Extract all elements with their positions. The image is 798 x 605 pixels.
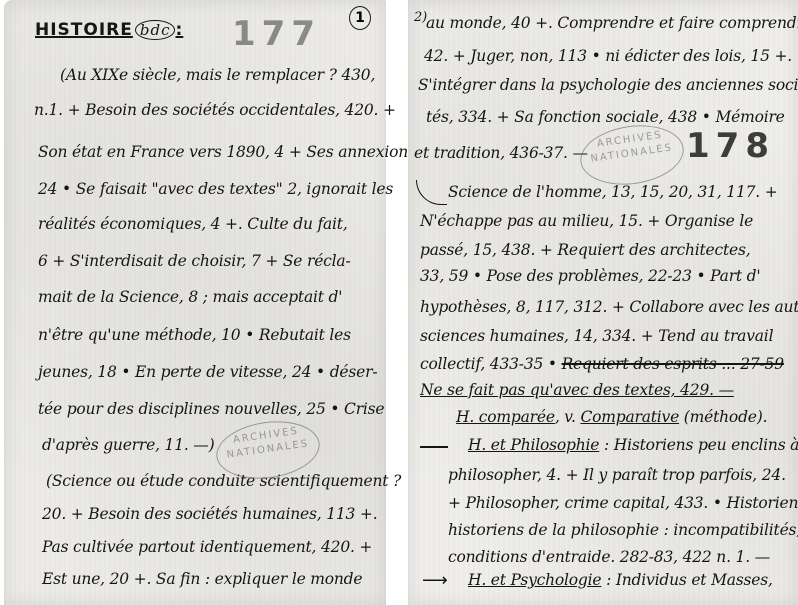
text-span: , v. [555, 408, 581, 426]
heading-text: HISTOIRE [35, 20, 133, 40]
text-line: et tradition, 436-37. — [414, 144, 588, 162]
text-line: H. comparée, v. Comparative (méthode). [456, 408, 767, 426]
text-line: jeunes, 18 • En perte de vitesse, 24 • d… [38, 363, 377, 381]
struck-text: Requiert des esprits ... 27-59 [562, 355, 784, 373]
text-line: mait de la Science, 8 ; mais acceptait d… [38, 288, 342, 306]
page-number-marker: 2) [414, 10, 427, 25]
text-line: d'après guerre, 11. —) [42, 436, 214, 454]
page-heading: HISTOIREbdc: [35, 20, 183, 40]
text-span: : Individus et Masses, [601, 571, 772, 589]
manuscript-page-right: 2) au monde, 40 +. Comprendre et faire c… [408, 0, 798, 605]
text-line: 6 + S'interdisait de choisir, 7 + Se réc… [38, 252, 351, 270]
text-line: H. et Philosophie : Historiens peu encli… [468, 436, 798, 454]
subheading-comparee: H. comparée [456, 408, 555, 426]
text-line: 42. + Juger, non, 113 • ni édicter des l… [424, 47, 792, 65]
text-line: collectif, 433-35 • Requiert des esprits… [420, 355, 784, 373]
heading-circled-abbrev: bdc [135, 20, 176, 40]
text-line: N'échappe pas au milieu, 15. + Organise … [420, 212, 753, 230]
text-line: S'intégrer dans la psychologie des ancie… [418, 76, 798, 94]
crossref-comparative: Comparative [580, 408, 679, 426]
archives-stamp: ARCHIVES NATIONALES [576, 119, 687, 191]
text-line: Son état en France vers 1890, 4 + Ses an… [38, 143, 416, 161]
text-line: au monde, 40 +. Comprendre et faire comp… [426, 14, 798, 32]
text-line: H. et Psychologie : Individus et Masses, [468, 571, 773, 589]
folio-number: 177 [232, 14, 321, 54]
text-line: sciences humaines, 14, 334. + Tend au tr… [420, 327, 773, 345]
text-line: tés, 334. + Sa fonction sociale, 438 • M… [426, 108, 785, 126]
text-line: 33, 59 • Pose des problèmes, 22-23 • Par… [420, 267, 760, 285]
heading-colon: : [175, 20, 183, 40]
subheading-philosophie: H. et Philosophie [468, 436, 599, 454]
dash-mark [420, 446, 448, 448]
text-span: (méthode). [679, 408, 767, 426]
text-line: (Science ou étude conduite scientifiquem… [46, 472, 401, 490]
text-span: collectif, 433-35 • [420, 355, 557, 373]
subheading-psychologie: H. et Psychologie [468, 571, 601, 589]
text-line: n'être qu'une méthode, 10 • Rebutait les [38, 326, 351, 344]
text-span: : Historiens peu enclins à [599, 436, 798, 454]
text-line: n.1. + Besoin des sociétés occidentales,… [34, 101, 396, 119]
bracket-mark [416, 180, 447, 205]
text-line: tée pour des disciplines nouvelles, 25 •… [38, 400, 384, 418]
text-line: réalités économiques, 4 +. Culte du fait… [38, 215, 348, 233]
folio-number: 178 [686, 126, 775, 166]
text-line: hypothèses, 8, 117, 312. + Collabore ave… [420, 298, 798, 316]
page-number-circled: 1 [349, 6, 371, 30]
text-line: passé, 15, 438. + Requiert des architect… [420, 241, 751, 259]
arrow-right-icon: ⟶ [422, 570, 448, 591]
text-line: Est une, 20 +. Sa fin : expliquer le mon… [42, 570, 362, 588]
text-line: 20. + Besoin des sociétés humaines, 113 … [42, 505, 377, 523]
text-line-underlined: Ne se fait pas qu'avec des textes, 429. … [420, 381, 734, 399]
text-line: 24 • Se faisait "avec des textes" 2, ign… [38, 180, 393, 198]
text-line: philosopher, 4. + Il y paraît trop parfo… [448, 466, 786, 484]
text-line: + Philosopher, crime capital, 433. • His… [448, 494, 798, 512]
text-line: Pas cultivée partout identiquement, 420.… [42, 538, 372, 556]
text-line: (Au XIXe siècle, mais le remplacer ? 430… [60, 66, 375, 84]
text-line: conditions d'entraide. 282-83, 422 n. 1.… [448, 548, 770, 566]
manuscript-page-left: HISTOIREbdc: 177 1 (Au XIXe siècle, mais… [4, 0, 386, 605]
text-line: Science de l'homme, 13, 15, 20, 31, 117.… [448, 183, 778, 201]
text-line: historiens de la philosophie : incompati… [448, 521, 798, 539]
